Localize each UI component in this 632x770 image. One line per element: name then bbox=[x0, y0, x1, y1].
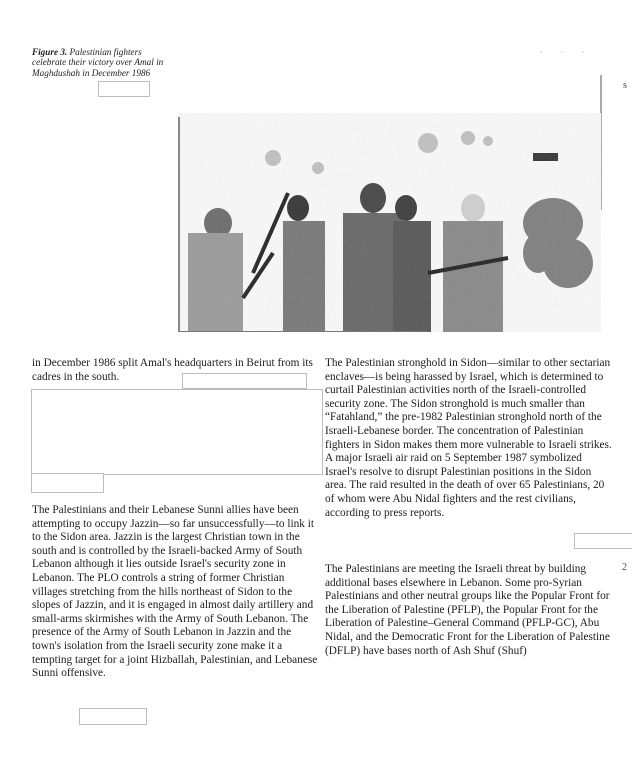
redaction-box bbox=[182, 373, 307, 389]
redaction-box-large bbox=[31, 389, 323, 475]
margin-mark-top: s bbox=[623, 80, 627, 91]
scan-artifact: · · · bbox=[540, 48, 592, 57]
redaction-box bbox=[98, 81, 150, 97]
right-paragraph-1: The Palestinian stronghold in Sidon—simi… bbox=[325, 357, 613, 520]
right-column-bottom: The Palestinians are meeting the Israeli… bbox=[325, 563, 613, 658]
redaction-box bbox=[79, 708, 147, 725]
redaction-box bbox=[31, 473, 104, 493]
right-column-top: The Palestinian stronghold in Sidon—simi… bbox=[325, 357, 613, 520]
figure-caption: Figure 3. Palestinian fighters celebrate… bbox=[32, 47, 172, 78]
redaction-box bbox=[574, 533, 632, 549]
fighters-photo-image bbox=[178, 113, 601, 332]
figure-label: Figure 3. bbox=[32, 47, 67, 57]
right-paragraph-2: The Palestinians are meeting the Israeli… bbox=[325, 563, 613, 658]
photo-border-bottom bbox=[178, 331, 428, 333]
photo-border-left bbox=[178, 117, 180, 332]
left-paragraph-2: The Palestinians and their Lebanese Sunn… bbox=[32, 504, 320, 681]
figure-photo bbox=[178, 113, 601, 332]
margin-mark-bottom: 2 bbox=[622, 562, 627, 573]
left-column-bottom: The Palestinians and their Lebanese Sunn… bbox=[32, 504, 320, 681]
